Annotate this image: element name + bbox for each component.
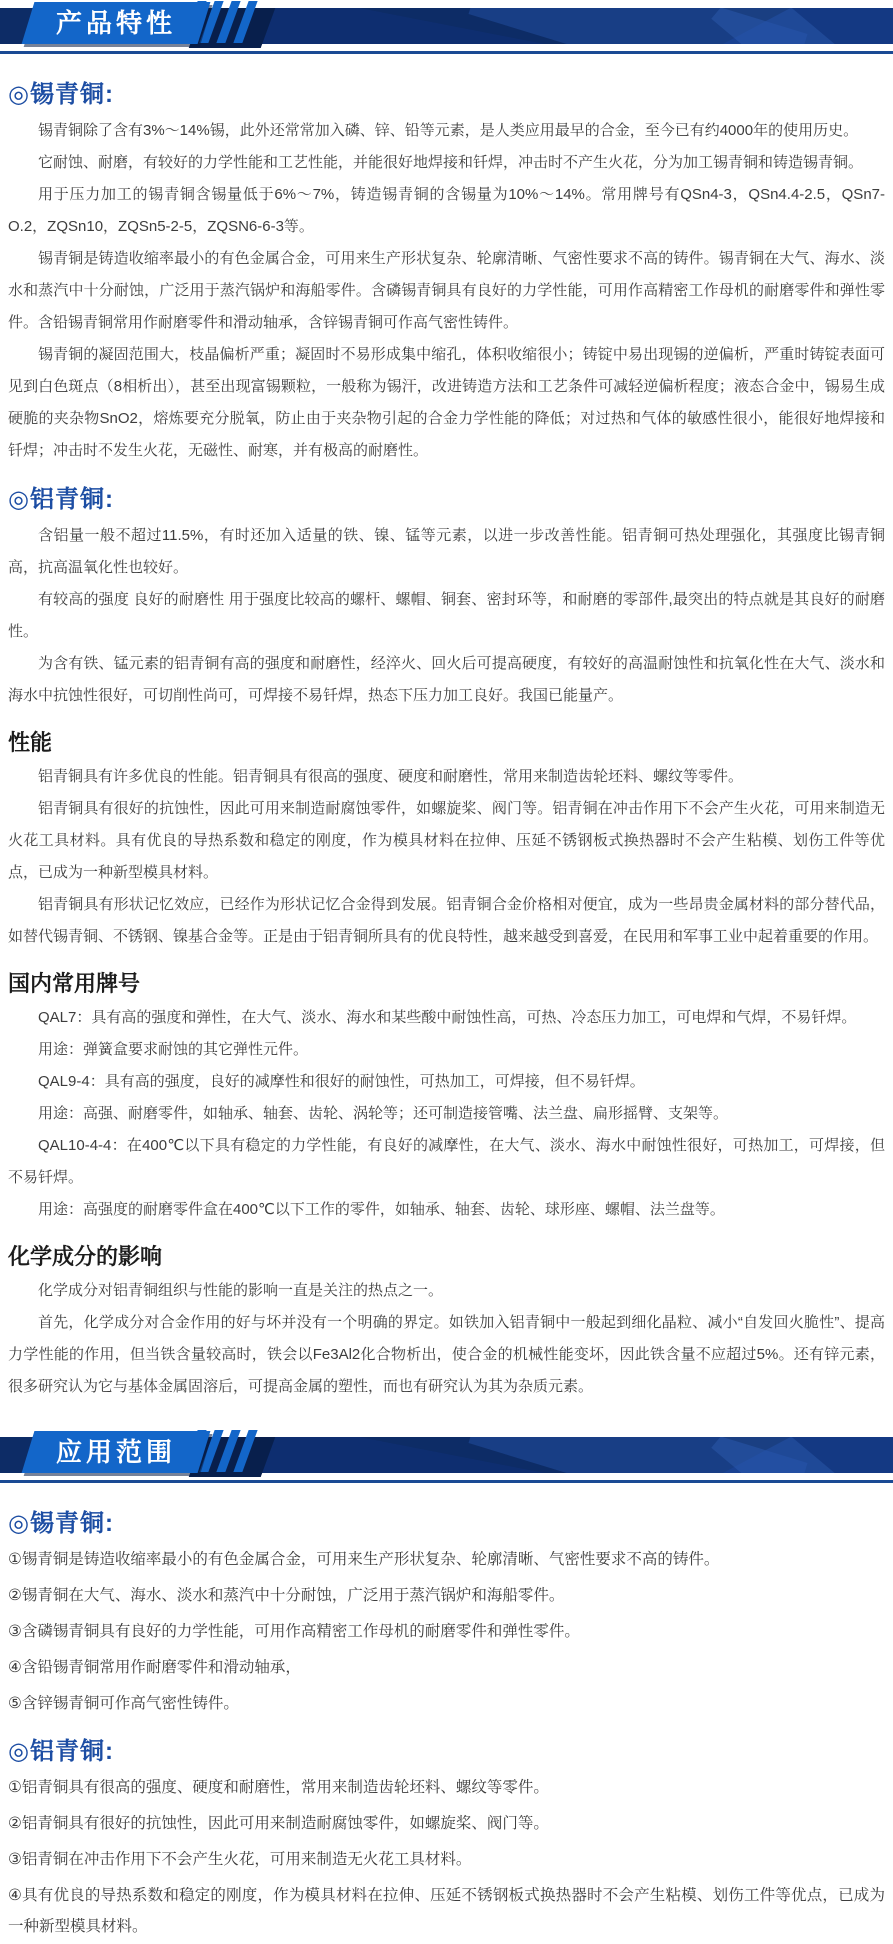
grade-paragraph: QAL9-4：具有高的强度，良好的减摩性和很好的耐蚀性，可热加工，可焊接，但不易… (8, 1066, 885, 1098)
tin-bronze-application-item: ④含铅锡青铜常用作耐磨零件和滑动轴承， (8, 1652, 885, 1683)
tin-bronze-application-item: ③含磷锡青铜具有良好的力学性能，可用作高精密工作母机的耐磨零件和弹性零件。 (8, 1616, 885, 1647)
banner-title-box: 应用范围 (22, 1431, 211, 1473)
performance-paragraph: 铝青铜具有形状记忆效应，已经作为形状记忆合金得到发展。铝青铜合金价格相对便宜，成… (8, 889, 885, 953)
tin-bronze-paragraph: 它耐蚀、耐磨，有较好的力学性能和工艺性能，并能很好地焊接和钎焊，冲击时不产生火花… (8, 147, 885, 179)
aluminum-bronze-paragraph: 有较高的强度 良好的耐磨性 用于强度比较高的螺杆、螺帽、铜套、密封环等，和耐磨的… (8, 584, 885, 648)
tin-bronze-paragraph: 锡青铜除了含有3%～14%锡，此外还常常加入磷、锌、铅等元素，是人类应用最早的合… (8, 115, 885, 147)
aluminum-bronze-application-item: ④具有优良的导热系数和稳定的刚度，作为模具材料在拉伸、压延不锈钢板式换热器时不会… (8, 1880, 885, 1942)
tin-bronze-paragraph: 用于压力加工的锡青铜含锡量低于6%～7%，铸造锡青铜的含锡量为10%～14%。常… (8, 179, 885, 243)
banner-divider-line (0, 1480, 893, 1483)
tin-bronze-application-item: ①锡青铜是铸造收缩率最小的有色金属合金，可用来生产形状复杂、轮廓清晰、气密性要求… (8, 1544, 885, 1575)
section-title: 应用范围 (28, 1431, 204, 1473)
tin-bronze-application-item: ⑤含锌锡青铜可作高气密性铸件。 (8, 1688, 885, 1719)
performance-paragraph: 铝青铜具有很好的抗蚀性，因此可用来制造耐腐蚀零件，如螺旋桨、阀门等。铝青铜在冲击… (8, 793, 885, 889)
grade-paragraph: QAL10-4-4：在400℃以下具有稳定的力学性能，有良好的减摩性，在大气、淡… (8, 1130, 885, 1194)
aluminum-bronze-heading: ◎铝青铜: (8, 1731, 885, 1766)
grade-usage-paragraph: 用途：弹簧盒要求耐蚀的其它弹性元件。 (8, 1034, 885, 1066)
tin-bronze-heading: ◎锡青铜: (8, 74, 885, 109)
domestic-grades-heading: 国内常用牌号 (8, 967, 885, 998)
chemical-composition-heading: 化学成分的影响 (8, 1240, 885, 1271)
tin-bronze-heading: ◎锡青铜: (8, 1503, 885, 1538)
applications-section-content: ◎锡青铜: ①锡青铜是铸造收缩率最小的有色金属合金，可用来生产形状复杂、轮廓清晰… (0, 1487, 893, 1942)
features-section-banner: 产品特性 (0, 0, 893, 54)
grade-paragraph: QAL7：具有高的强度和弹性，在大气、淡水、海水和某些酸中耐蚀性高，可热、冷态压… (8, 1002, 885, 1034)
banner-title-box: 产品特性 (22, 2, 211, 44)
aluminum-bronze-paragraph: 含铝量一般不超过11.5%，有时还加入适量的铁、镍、锰等元素，以进一步改善性能。… (8, 520, 885, 584)
tin-bronze-paragraph: 锡青铜是铸造收缩率最小的有色金属合金，可用来生产形状复杂、轮廓清晰、气密性要求不… (8, 243, 885, 339)
aluminum-bronze-application-item: ③铝青铜在冲击作用下不会产生火花，可用来制造无火花工具材料。 (8, 1844, 885, 1875)
chemical-composition-paragraph: 化学成分对铝青铜组织与性能的影响一直是关注的热点之一。 (8, 1275, 885, 1307)
section-title: 产品特性 (28, 2, 204, 44)
features-section-content: ◎锡青铜: 锡青铜除了含有3%～14%锡，此外还常常加入磷、锌、铅等元素，是人类… (0, 58, 893, 1403)
performance-heading: 性能 (8, 726, 885, 757)
applications-section-banner: 应用范围 (0, 1429, 893, 1483)
tin-bronze-application-item: ②锡青铜在大气、海水、淡水和蒸汽中十分耐蚀，广泛用于蒸汽锅炉和海船零件。 (8, 1580, 885, 1611)
section-gap (0, 1403, 893, 1429)
aluminum-bronze-application-item: ②铝青铜具有很好的抗蚀性，因此可用来制造耐腐蚀零件，如螺旋桨、阀门等。 (8, 1808, 885, 1839)
chemical-composition-paragraph: 首先，化学成分对合金作用的好与坏并没有一个明确的界定。如铁加入铝青铜中一般起到细… (8, 1307, 885, 1403)
aluminum-bronze-application-item: ①铝青铜具有很高的强度、硬度和耐磨性，常用来制造齿轮坯料、螺纹等零件。 (8, 1772, 885, 1803)
grade-usage-paragraph: 用途：高强、耐磨零件，如轴承、轴套、齿轮、涡轮等；还可制造接管嘴、法兰盘、扁形摇… (8, 1098, 885, 1130)
aluminum-bronze-heading: ◎铝青铜: (8, 479, 885, 514)
performance-paragraph: 铝青铜具有许多优良的性能。铝青铜具有很高的强度、硬度和耐磨性，常用来制造齿轮坯料… (8, 761, 885, 793)
grade-usage-paragraph: 用途：高强度的耐磨零件盒在400℃以下工作的零件，如轴承、轴套、齿轮、球形座、螺… (8, 1194, 885, 1226)
banner-divider-line (0, 51, 893, 54)
aluminum-bronze-paragraph: 为含有铁、锰元素的铝青铜有高的强度和耐磨性，经淬火、回火后可提高硬度，有较好的高… (8, 648, 885, 712)
tin-bronze-paragraph: 锡青铜的凝固范围大，枝晶偏析严重；凝固时不易形成集中缩孔，体积收缩很小；铸锭中易… (8, 339, 885, 467)
